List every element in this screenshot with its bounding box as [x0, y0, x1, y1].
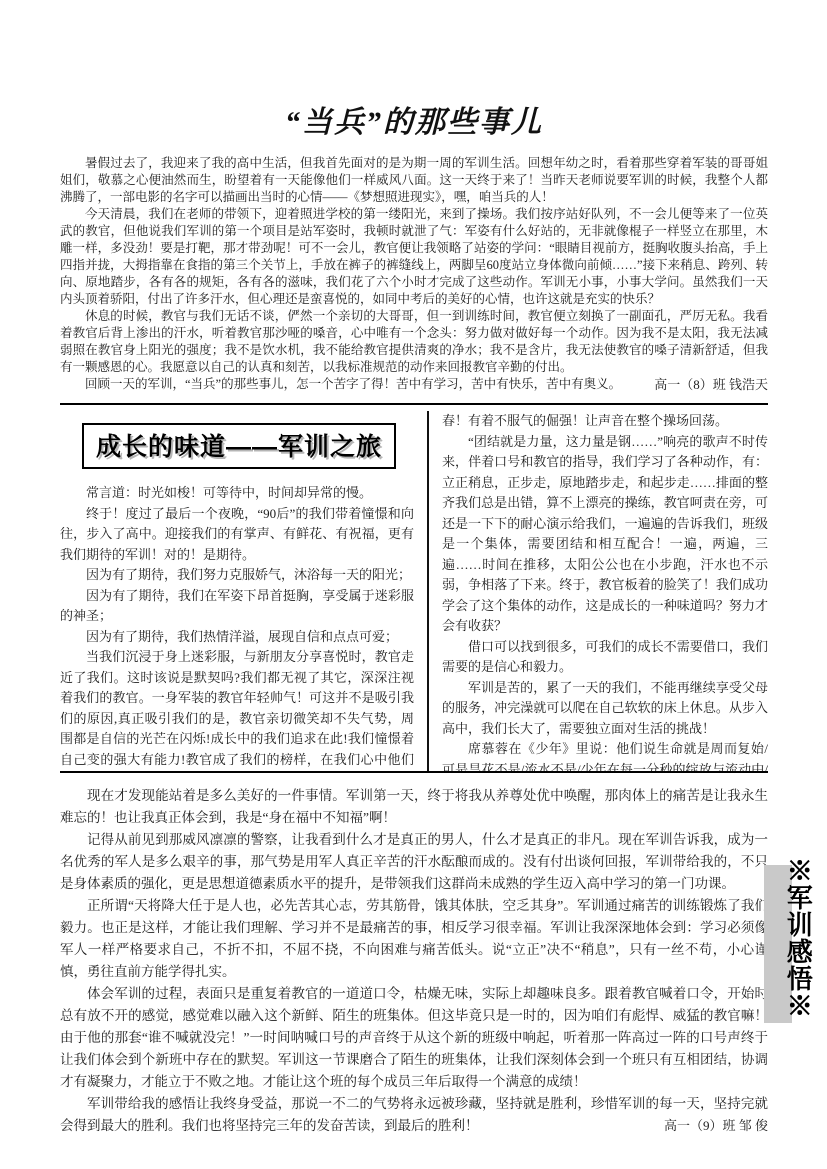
article2-left-column: 成长的味道——军训之旅 常言道：时光如梭！可等待中，时间却异常的慢。 终于！度过…	[60, 411, 427, 771]
article2-paragraph: “团结就是力量，这力量是钢……”响亮的歌声不时传来，伴着口号和教官的指导，我们学…	[442, 432, 768, 637]
article2-paragraph: 当我们沉浸于身上迷彩服，与新朋友分享喜悦时，教官走近了我们。这时该说是默契吗?我…	[60, 647, 414, 771]
article2-paragraph: 军训是苦的，累了一天的我们，不能再继续享受父母的服务，冲完澡就可以爬在自己软软的…	[442, 678, 768, 740]
article1-title: “当兵”的那些事儿	[60, 97, 768, 141]
article1-closing-text: 回顾一天的军训，“当兵”的那些事儿，怎一个苦字了得！苦中有学习，苦中有快乐，苦中…	[85, 377, 621, 391]
article2-paragraph: 借口可以找到很多，可我们的成长不需要借口，我们需要的是信心和毅力。	[442, 637, 768, 678]
article2-paragraph: 常言道：时光如梭！可等待中，时间却异常的慢。	[60, 483, 414, 504]
article-dangbing: “当兵”的那些事儿 暑假过去了，我迎来了我的高中生活，但我首先面对的是为期一周的…	[60, 0, 768, 403]
article1-paragraph: 休息的时候，教官与我们无话不谈，俨然一个亲切的大哥哥，但一到训练时间，教官便立刻…	[60, 308, 768, 376]
page-content: “当兵”的那些事儿 暑假过去了，我迎来了我的高中生活，但我首先面对的是为期一周的…	[60, 0, 768, 1137]
article-ganwu: 现在才发现能站着是多么美好的一件事情。军训第一天，终于将我从养尊处优中唤醒，那肉…	[60, 773, 768, 1137]
article1-paragraph: 今天清晨，我们在老师的带领下，迎着照进学校的第一缕阳光，来到了操场。我们按序站好…	[60, 206, 768, 308]
article3-signature: 高一（9）班 邹 俊	[646, 1115, 768, 1137]
article2-paragraph: 因为有了期待，我们热情洋溢，展现自信和点点可爱；	[60, 627, 414, 648]
article1-paragraph: 暑假过去了，我迎来了我的高中生活，但我首先面对的是为期一周的军训生活。回想年幼之…	[60, 155, 768, 206]
newspaper-page: { "article1": { "title": "“当兵”的那些事儿", "p…	[0, 0, 827, 1169]
article1-closing-paragraph: 高一（8）班 钱浩天回顾一天的军训，“当兵”的那些事儿，怎一个苦字了得！苦中有学…	[60, 376, 768, 393]
article3-paragraph: 记得从前见到那威风凛凛的警察，让我看到什么才是真正的男人，什么才是真正的非凡。现…	[60, 829, 768, 895]
article3-paragraph: 体会军训的过程，表面只是重复着教官的一道道口令，枯燥无味，实际上却趣味良多。跟着…	[60, 983, 768, 1093]
article2-right-column: 春！有着不服气的倔强！让声音在整个操场回荡。 “团结就是力量，这力量是钢……”响…	[427, 411, 768, 771]
article2-paragraph: 因为有了期待，我们在军姿下昂首挺胸，享受属于迷彩服的神圣；	[60, 586, 414, 627]
banner-label: ※军训感悟※	[784, 857, 811, 1019]
article2-paragraph: 春！有着不服气的倔强！让声音在整个操场回荡。	[442, 411, 768, 432]
article3-closing-paragraph: 军训带给我的感悟让我终身受益，那说一不二的气势将永远被珍藏，坚持就是胜利，珍惜军…	[60, 1093, 768, 1137]
article3-paragraph: 现在才发现能站着是多么美好的一件事情。军训第一天，终于将我从养尊处优中唤醒，那肉…	[60, 785, 768, 829]
vertical-section-banner: ※军训感悟※	[764, 857, 826, 1029]
article2-paragraph: 终于！度过了最后一个夜晚，“90后”的我们带着憧憬和向往，步入了高中。迎接我们的…	[60, 504, 414, 566]
article3-paragraph: 正所谓“天将降大任于是人也，必先苦其心志，劳其筋骨，饿其体肤，空乏其身”。军训通…	[60, 895, 768, 983]
article2-paragraph: 席慕蓉在《少年》里说：他们说生命就是周而复始/可是昙花不是/流水不是/少年在每一…	[442, 739, 768, 771]
article2-title-box: 成长的味道——军训之旅	[82, 423, 396, 469]
article-chengzhang: 成长的味道——军训之旅 常言道：时光如梭！可等待中，时间却异常的慢。 终于！度过…	[60, 405, 768, 771]
article1-signature: 高一（8）班 钱浩天	[636, 376, 768, 393]
article2-paragraph: 因为有了期待，我们努力克服娇气，沐浴每一天的阳光；	[60, 565, 414, 586]
